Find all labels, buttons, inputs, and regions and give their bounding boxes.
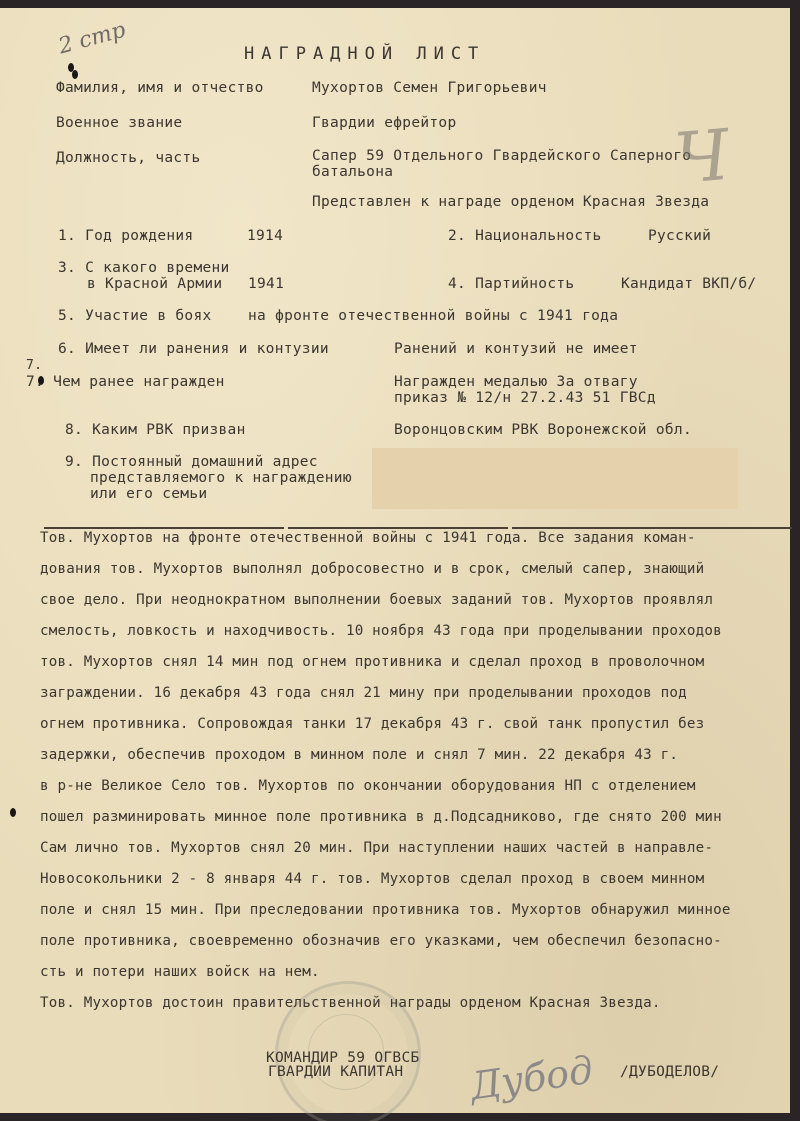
redacted-address [372, 448, 738, 509]
field-label-party: 4. Партийность [448, 276, 574, 292]
handwritten-initials: Ч [672, 114, 733, 200]
field-label-rank: Военное звание [56, 115, 182, 131]
narrative-line: огнем противника. Сопровождая танки 17 д… [40, 716, 704, 732]
field-value-position-cont: батальона [312, 164, 393, 180]
document-title: НАГРАДНОЙ ЛИСТ [244, 44, 485, 64]
field-label-battles: 5. Участие в боях [58, 308, 212, 324]
field-value-position: Сапер 59 Отдельного Гвардейского Саперно… [312, 148, 691, 164]
narrative-line: поле противника, своевременно обозначив … [40, 933, 722, 949]
narrative-line: в р-не Великое Село тов. Мухортов по око… [40, 778, 696, 794]
field-label-nationality: 2. Национальность [448, 228, 602, 244]
field-label-prev-awards: 7. Чем ранее награжден [26, 374, 225, 390]
field-label-army-since: 3. С какого времени [58, 260, 230, 276]
narrative-line: Тов. Мухортов на фронте отечественной во… [40, 530, 696, 546]
narrative-line: смелость, ловкость и находчивость. 10 но… [40, 623, 722, 639]
field-label-address: 9. Постоянный домашний адрес [65, 454, 318, 470]
narrative-line: свое дело. При неоднократном выполнении … [40, 592, 713, 608]
narrative-conclusion: Тов. Мухортов достоин правительственной … [40, 995, 661, 1011]
divider-line [512, 527, 792, 529]
field-value-draft-office: Воронцовским РВК Воронежской обл. [394, 422, 692, 438]
award-presented: Представлен к награде орденом Красная Зв… [312, 194, 709, 210]
field-label-name: Фамилия, имя и отчество [56, 80, 264, 96]
field-label-address-cont2: или его семьи [90, 486, 207, 502]
field-label-position: Должность, часть [56, 150, 200, 166]
narrative-line: пошел разминировать минное поле противни… [40, 809, 722, 825]
narrative-line: Сам лично тов. Мухортов снял 20 мин. При… [40, 840, 713, 856]
award-sheet: 2 стр НАГРАДНОЙ ЛИСТ Фамилия, имя и отче… [0, 8, 790, 1113]
margin-mark: 7. [26, 358, 42, 373]
field-value-prev-awards: Награжден медалью За отвагу [394, 374, 638, 390]
handwritten-page-note: 2 стр [56, 18, 128, 60]
field-value-party: Кандидат ВКП/б/ [621, 276, 756, 292]
signer-rank: ГВАРДИИ КАПИТАН [268, 1064, 403, 1080]
field-label-army-since-cont: в Красной Армии [87, 276, 222, 292]
narrative-line: дования тов. Мухортов выполнял добросове… [40, 561, 704, 577]
punch-hole [72, 70, 78, 79]
field-value-rank: Гвардии ефрейтор [312, 115, 456, 131]
field-label-address-cont: представляемого к награждению [90, 470, 352, 486]
narrative-line: заграждении. 16 декабря 43 года снял 21 … [40, 685, 687, 701]
narrative-line: тов. Мухортов снял 14 мин под огнем прот… [40, 654, 704, 670]
punch-hole [10, 808, 16, 817]
divider-line [288, 527, 508, 529]
field-label-birth-year: 1. Год рождения [58, 228, 193, 244]
signature: Дубод [468, 1048, 596, 1109]
narrative-line: сть и потери наших войск на нем. [40, 964, 320, 980]
field-label-wounds: 6. Имеет ли ранения и контузии [58, 341, 329, 357]
divider-line [44, 527, 284, 529]
signer-name: /ДУБОДЕЛОВ/ [620, 1064, 719, 1080]
field-value-prev-awards-order: приказ № 12/н 27.2.43 51 ГВСд [394, 390, 656, 406]
field-value-nationality: Русский [648, 228, 711, 244]
field-value-battles: на фронте отечественной войны с 1941 год… [248, 308, 618, 324]
field-value-name: Мухортов Семен Григорьевич [312, 80, 547, 96]
field-label-draft-office: 8. Каким РВК призван [65, 422, 246, 438]
field-value-wounds: Ранений и контузий не имеет [394, 341, 638, 357]
field-value-army-since: 1941 [248, 276, 284, 292]
narrative-line: задержки, обеспечив проходом в минном по… [40, 747, 678, 763]
narrative-line: Новосокольники 2 - 8 января 44 г. тов. М… [40, 871, 704, 887]
field-value-birth-year: 1914 [247, 228, 283, 244]
narrative-line: поле и снял 15 мин. При преследовании пр… [40, 902, 731, 918]
